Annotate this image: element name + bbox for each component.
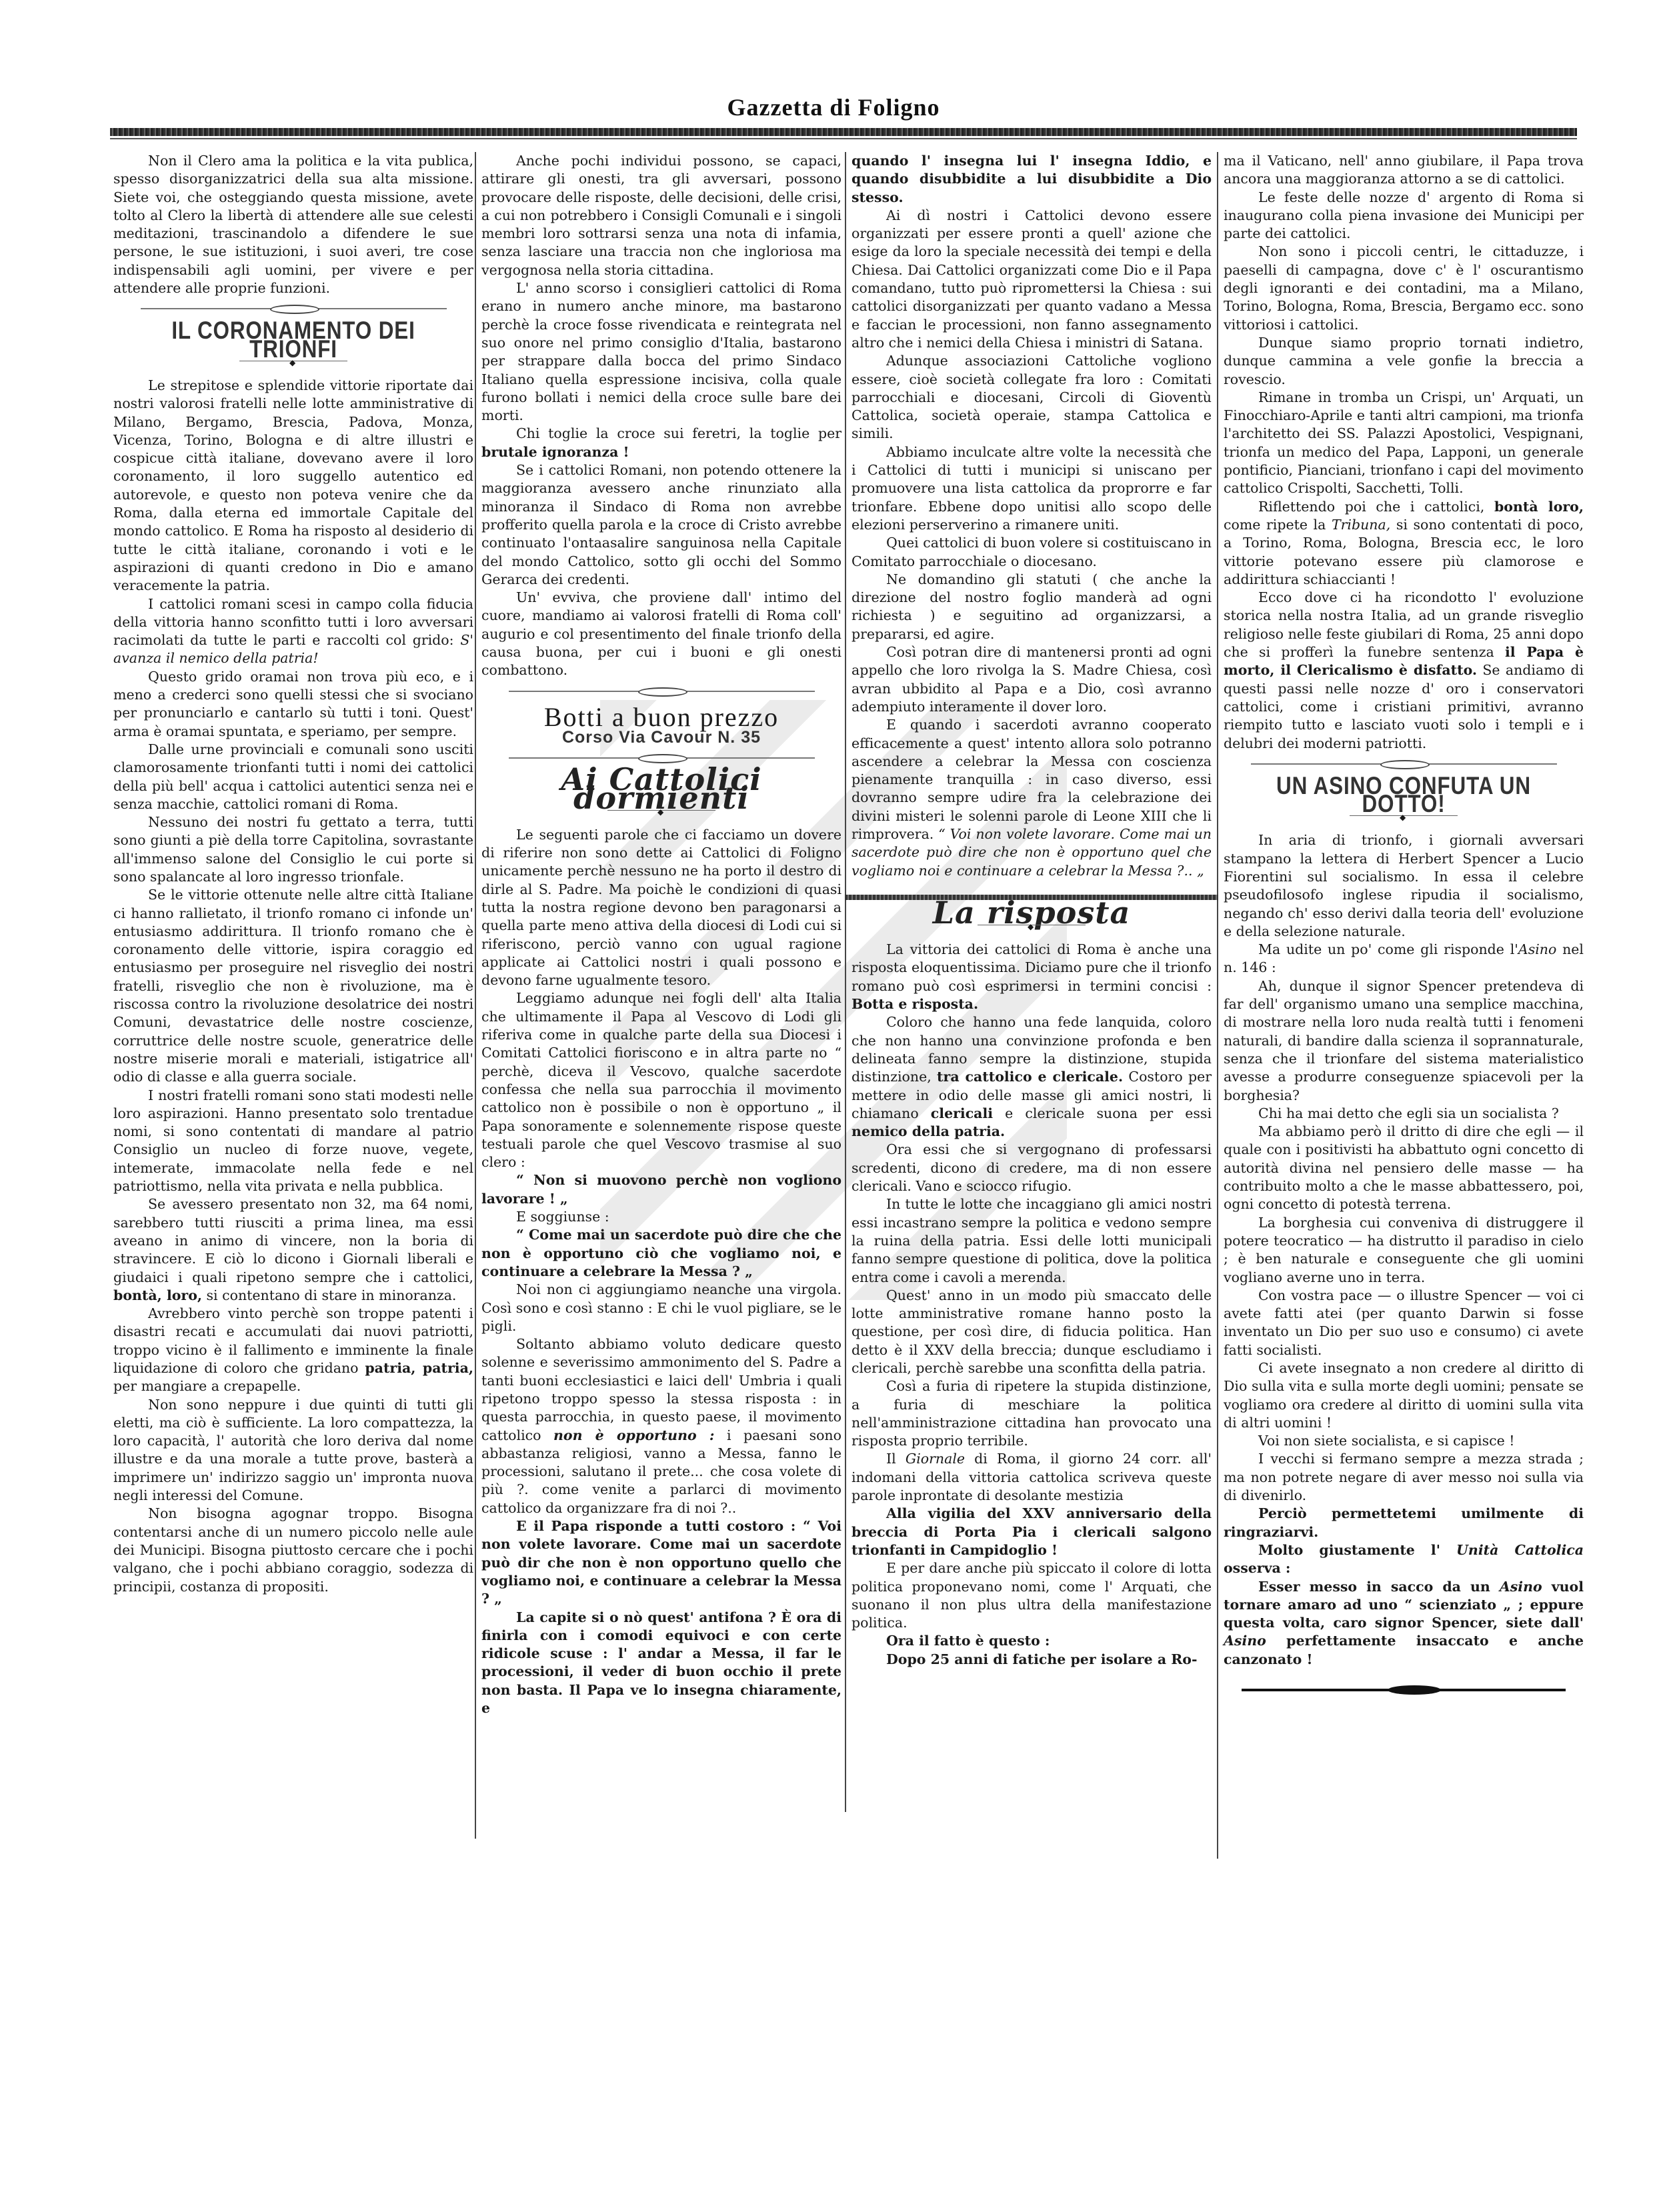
paragraph: I nostri fratelli romani sono stati mode… — [113, 1087, 473, 1196]
paragraph: quando l' insegna lui l' insegna Iddio, … — [852, 152, 1212, 207]
paragraph: Dalle urne provinciali e comunali sono u… — [113, 741, 473, 813]
paragraph: Non sono neppure i due quinti di tutti g… — [113, 1396, 473, 1505]
headline-asino: UN ASINO CONFUTA UN DOTTO! — [1251, 777, 1557, 813]
paragraph: Ora il fatto è questo : — [852, 1632, 1212, 1650]
paragraph: La vittoria dei cattolici di Roma è anch… — [852, 941, 1212, 1013]
paragraph: E il Papa risponde a tutti costoro : “ V… — [481, 1517, 842, 1608]
paragraph: I cattolici romani scesi in campo colla … — [113, 595, 473, 668]
ornament-divider — [141, 308, 447, 315]
paragraph: Non bisogna agognar troppo. Bisogna cont… — [113, 1505, 473, 1595]
paragraph: La borghesia cui conveniva di distrugger… — [1224, 1214, 1584, 1287]
masthead-title: Gazzetta di Foligno — [0, 93, 1667, 121]
paragraph: Questo grido oramai non trova più eco, e… — [113, 668, 473, 741]
paragraph: L' anno scorso i consiglieri cattolici d… — [481, 279, 842, 425]
paragraph: Dopo 25 anni di fatiche per isolare a Ro… — [852, 1651, 1212, 1669]
headline-ornament — [239, 361, 347, 363]
paragraph: Ci avete insegnato a non credere al diri… — [1224, 1359, 1584, 1432]
column-2: Anche pochi individui possono, se capaci… — [481, 152, 842, 1717]
paragraph: Se avessero presentato non 32, ma 64 nom… — [113, 1195, 473, 1305]
headline-ornament — [978, 925, 1086, 927]
end-ornament — [1242, 1689, 1566, 1691]
paragraph: Ne domandino gli statuti ( che anche la … — [852, 571, 1212, 643]
paragraph: Noi non ci aggiungiamo neanche una virgo… — [481, 1281, 842, 1335]
ornament-divider — [509, 691, 815, 697]
paragraph: In tutte le lotte che incaggiano gli ami… — [852, 1195, 1212, 1286]
paragraph: Chi toglie la croce sui feretri, la togl… — [481, 425, 842, 461]
paragraph: I vecchi si fermano sempre a mezza strad… — [1224, 1450, 1584, 1505]
paragraph: Riflettendo poi che i cattolici, bontà l… — [1224, 498, 1584, 589]
ad-address: Corso Via Cavour N. 35 — [481, 729, 842, 747]
paragraph: Leggiamo adunque nei fogli dell' alta It… — [481, 989, 842, 1171]
paragraph: ma il Vaticano, nell' anno giubilare, il… — [1224, 152, 1584, 189]
paragraph: E quando i sacerdoti avranno cooperato e… — [852, 716, 1212, 880]
paragraph: Ma udite un po' come gli risponde l'Asin… — [1224, 941, 1584, 977]
paragraph: Così a furia di ripetere la stupida dist… — [852, 1377, 1212, 1450]
column-3: quando l' insegna lui l' insegna Iddio, … — [852, 152, 1212, 1669]
paragraph: Chi ha mai detto che egli sia un sociali… — [1224, 1105, 1584, 1123]
paragraph: Non il Clero ama la politica e la vita p… — [113, 152, 473, 297]
paragraph: Ora essi che si vergognano di professars… — [852, 1141, 1212, 1195]
column-divider — [1217, 152, 1218, 1859]
paragraph: Nessuno dei nostri fu gettato a terra, t… — [113, 813, 473, 886]
paragraph: La capite si o nò quest' antifona ? È or… — [481, 1609, 842, 1718]
paragraph: Coloro che hanno una fede lanquida, colo… — [852, 1013, 1212, 1141]
column-divider — [845, 152, 846, 1812]
paragraph: Ai dì nostri i Cattolici devono essere o… — [852, 207, 1212, 352]
column-1: Non il Clero ama la politica e la vita p… — [113, 152, 473, 1596]
paragraph: Rimane in tromba un Crispi, un' Arquati,… — [1224, 389, 1584, 498]
paragraph: Adunque associazioni Cattoliche vogliono… — [852, 352, 1212, 443]
paragraph: Molto giustamente l' Unità Cattolica oss… — [1224, 1541, 1584, 1578]
top-rule — [110, 128, 1577, 136]
paragraph: Così potran dire di mantenersi pronti ad… — [852, 643, 1212, 716]
headline-ornament — [607, 810, 715, 813]
quote: “ Non si muovono perchè non vogliono lav… — [481, 1171, 842, 1208]
paragraph: Ecco dove ci ha ricondotto l' evoluzione… — [1224, 589, 1584, 753]
paragraph: Se i cattolici Romani, non potendo otten… — [481, 461, 842, 589]
paragraph: Dunque siamo proprio tornati indietro, d… — [1224, 334, 1584, 389]
top-rule-thin — [110, 138, 1577, 139]
paragraph: Quest' anno in un modo più smaccato dell… — [852, 1287, 1212, 1377]
paragraph: Anche pochi individui possono, se capaci… — [481, 152, 842, 279]
paragraph: Abbiamo inculcate altre volte la necessi… — [852, 443, 1212, 534]
paragraph: Ma abbiamo però il dritto di dire che eg… — [1224, 1123, 1584, 1213]
ad-title: Botti a buon prezzo — [481, 708, 842, 726]
paragraph: Le feste delle nozze d' argento di Roma … — [1224, 189, 1584, 243]
headline-ornament — [1350, 815, 1458, 818]
headline-coronamento: IL CORONAMENTO DEI TRIONFI — [141, 321, 447, 358]
paragraph: Un' evviva, che proviene dall' intimo de… — [481, 589, 842, 679]
paragraph: Se le vittorie ottenute nelle altre citt… — [113, 886, 473, 1086]
paragraph: E per dare anche più spiccato il colore … — [852, 1559, 1212, 1632]
quote: Alla vigilia del XXV anniversario della … — [852, 1505, 1212, 1559]
paragraph: Esser messo in sacco da un Asino vuol to… — [1224, 1578, 1584, 1669]
column-divider — [475, 152, 476, 1839]
paragraph: Quei cattolici di buon volere si costitu… — [852, 534, 1212, 571]
paragraph: Con vostra pace — o illustre Spencer — v… — [1224, 1287, 1584, 1359]
paragraph: In aria di trionfo, i giornali avversari… — [1224, 831, 1584, 941]
ornament-divider — [509, 757, 815, 764]
paragraph: Ah, dunque il signor Spencer pretendeva … — [1224, 977, 1584, 1105]
paragraph: Soltanto abbiamo voluto dedicare questo … — [481, 1335, 842, 1517]
paragraph: Non sono i piccoli centri, le cittaduzze… — [1224, 243, 1584, 333]
paragraph: Perciò permettetemi umilmente di ringraz… — [1224, 1505, 1584, 1541]
column-4: ma il Vaticano, nell' anno giubilare, il… — [1224, 152, 1584, 1691]
paragraph: Il Giornale di Roma, il giorno 24 corr. … — [852, 1450, 1212, 1505]
headline-cattolici-dormienti: Ai Cattolici dormienti — [481, 771, 842, 807]
paragraph: Avrebbero vinto perchè son troppe patent… — [113, 1305, 473, 1395]
paragraph: E soggiunse : — [481, 1208, 842, 1226]
paragraph: Le strepitose e splendide vittorie ripor… — [113, 377, 473, 595]
quote: “ Come mai un sacerdote può dire che che… — [481, 1226, 842, 1281]
paragraph: Voi non siete socialista, e si capisce ! — [1224, 1432, 1584, 1450]
paragraph: Le seguenti parole che ci facciamo un do… — [481, 826, 842, 990]
ornament-divider — [1251, 763, 1557, 770]
